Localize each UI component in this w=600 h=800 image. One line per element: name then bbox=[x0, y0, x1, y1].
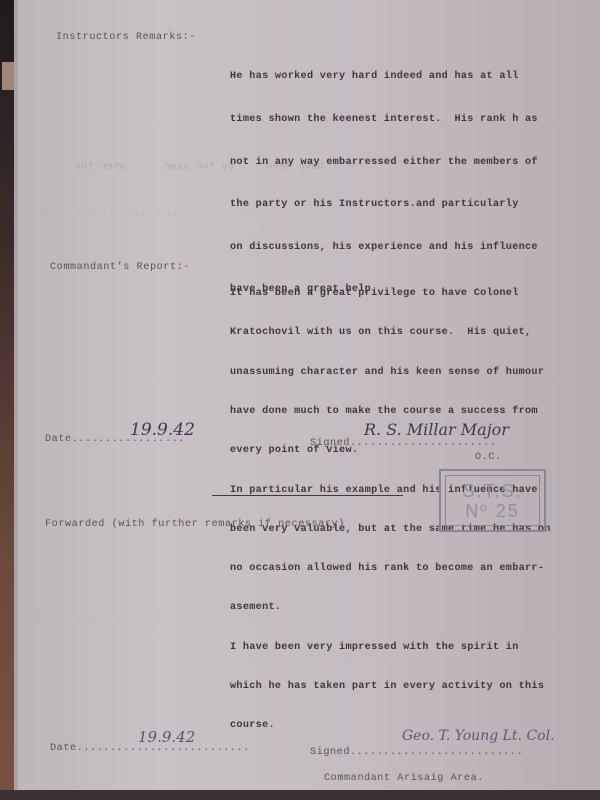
page-edge bbox=[14, 0, 18, 790]
report-line: I have been very impressed with the spir… bbox=[230, 641, 551, 654]
report-line: no occasion allowed his rank to become a… bbox=[230, 562, 551, 575]
remark-line: times shown the keenest interest. His ra… bbox=[230, 113, 538, 127]
report-date-handwritten: 19.9.42 bbox=[130, 420, 195, 440]
forwarded-label: Forwarded (with further remarks if neces… bbox=[45, 518, 345, 532]
final-signer-title: Commandant Arisaig Area. bbox=[324, 772, 484, 786]
commandants-report-label: Commandant's Report:- bbox=[50, 261, 190, 275]
report-line: Kratochovil with us on this course. His … bbox=[230, 326, 551, 339]
signed-label: Signed bbox=[310, 747, 350, 758]
signed-dots: ...................... bbox=[350, 438, 497, 449]
instructors-remarks-label: Instructors Remarks:- bbox=[56, 31, 196, 45]
report-signature: R. S. Millar Major bbox=[364, 420, 509, 439]
report-line: which he has taken part in every activit… bbox=[230, 680, 551, 693]
report-signer-title: O.C. bbox=[475, 451, 502, 465]
document-page: have been ... by the same ... when the .… bbox=[14, 0, 600, 790]
sts-25-stamp: S.T.S. Nº 25 bbox=[439, 469, 546, 532]
stamp-inner-border: S.T.S. Nº 25 bbox=[445, 475, 540, 526]
final-date-handwritten: 19.9.42 bbox=[138, 728, 195, 746]
background-desk-bottom bbox=[0, 790, 600, 800]
signed-label: Signed bbox=[310, 438, 350, 449]
report-line: have done much to make the course a succ… bbox=[230, 405, 551, 418]
stamp-line-2: Nº 25 bbox=[465, 501, 520, 521]
remark-line: the party or his Instructors.and particu… bbox=[230, 198, 538, 212]
final-signed-field: Signed.......................... bbox=[310, 746, 523, 760]
report-line: unassuming character and his keen sense … bbox=[230, 366, 551, 379]
stamp-line-1: S.T.S. bbox=[462, 481, 522, 501]
divider-line bbox=[212, 495, 403, 496]
remark-line: on discussions, his experience and his i… bbox=[230, 241, 538, 255]
report-line: asement. bbox=[230, 601, 551, 614]
remark-line: not in any way embarressed either the me… bbox=[230, 156, 538, 170]
signed-dots: .......................... bbox=[350, 747, 523, 758]
final-signature: Geo. T. Young Lt. Col. bbox=[402, 728, 555, 744]
report-line: It has been a great privilege to have Co… bbox=[230, 287, 551, 300]
report-signed-field: Signed...................... bbox=[310, 437, 497, 451]
date-label: Date bbox=[45, 434, 72, 445]
date-label: Date bbox=[50, 743, 77, 754]
remark-line: He has worked very hard indeed and has a… bbox=[230, 70, 538, 84]
